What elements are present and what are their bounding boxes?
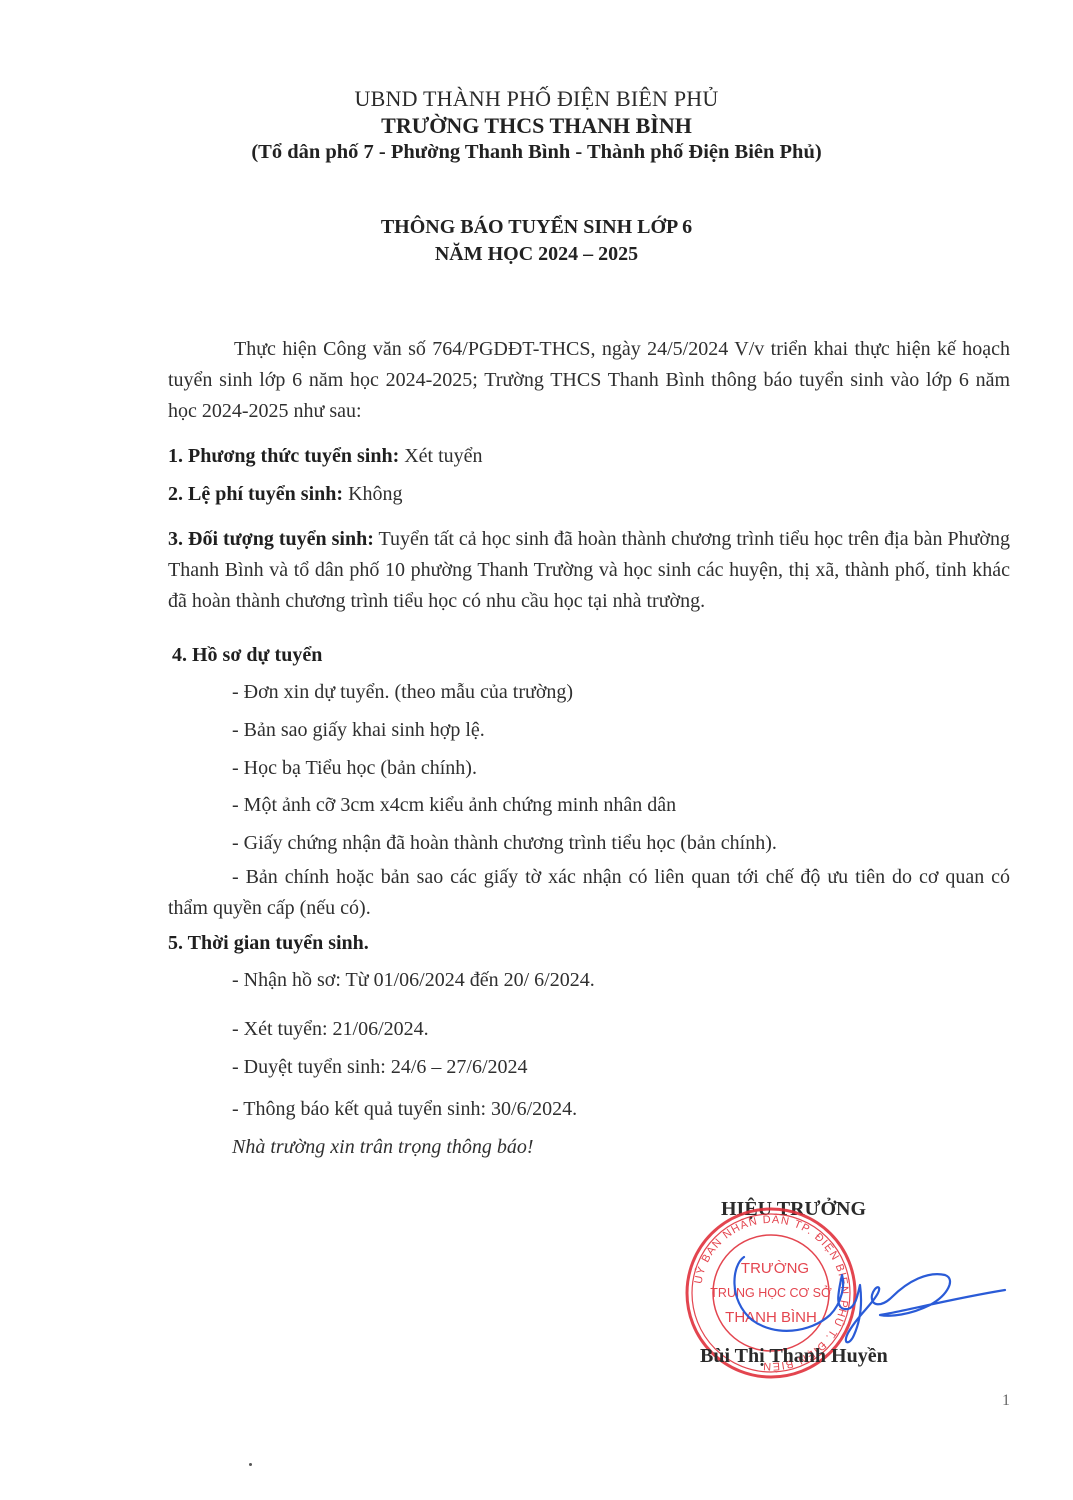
- school-address: (Tổ dân phố 7 - Phường Thanh Bình - Thàn…: [0, 141, 1073, 164]
- issuing-agency: UBND THÀNH PHỐ ĐIỆN BIÊN PHỦ: [0, 86, 1073, 112]
- list-item: - Nhận hồ sơ: Từ 01/06/2024 đến 20/ 6/20…: [232, 965, 595, 996]
- school-name: TRƯỜNG THCS THANH BÌNH: [0, 113, 1073, 139]
- list-item: - Bản chính hoặc bản sao các giấy tờ xác…: [168, 862, 1010, 924]
- page-number: 1: [1002, 1392, 1010, 1410]
- section-application-documents: 4. Hồ sơ dự tuyển: [172, 640, 1014, 671]
- list-item: - Giấy chứng nhận đã hoàn thành chương t…: [232, 828, 777, 859]
- list-item: - Đơn xin dự tuyển. (theo mẫu của trường…: [232, 677, 573, 708]
- intro-paragraph: Thực hiện Công văn số 764/PGDĐT-THCS, ng…: [168, 334, 1010, 427]
- scan-speck: [249, 1463, 252, 1466]
- section-label: 1. Phương thức tuyển sinh:: [168, 445, 399, 467]
- section-text: Không: [343, 483, 402, 505]
- section-text: Xét tuyển: [399, 445, 482, 467]
- document-title: THÔNG BÁO TUYỂN SINH LỚP 6: [0, 216, 1073, 239]
- section-eligibility: 3. Đối tượng tuyển sinh: Tuyển tất cả họ…: [168, 524, 1010, 617]
- section-label: 3. Đối tượng tuyển sinh:: [168, 528, 374, 550]
- section-label: 2. Lệ phí tuyển sinh:: [168, 483, 343, 505]
- list-item: - Thông báo kết quả tuyển sinh: 30/6/202…: [232, 1094, 577, 1125]
- list-item: - Bản sao giấy khai sinh hợp lệ.: [232, 715, 485, 746]
- closing-remark: Nhà trường xin trân trọng thông báo!: [232, 1136, 534, 1159]
- document-subtitle: NĂM HỌC 2024 – 2025: [0, 243, 1073, 266]
- list-item: - Xét tuyển: 21/06/2024.: [232, 1014, 429, 1045]
- document-page: UBND THÀNH PHỐ ĐIỆN BIÊN PHỦ TRƯỜNG THCS…: [0, 0, 1073, 1500]
- list-item: - Học bạ Tiểu học (bản chính).: [232, 753, 477, 784]
- section-label: 5. Thời gian tuyển sinh.: [168, 932, 369, 954]
- section-admission-fee: 2. Lệ phí tuyển sinh: Không: [168, 479, 1010, 510]
- signature-icon: [730, 1245, 1010, 1355]
- signatory-name: Bùi Thị Thanh Huyền: [700, 1345, 888, 1368]
- list-item: - Một ảnh cỡ 3cm x4cm kiểu ảnh chứng min…: [232, 790, 676, 821]
- list-item: - Duyệt tuyển sinh: 24/6 – 27/6/2024: [232, 1052, 528, 1083]
- section-admission-method: 1. Phương thức tuyển sinh: Xét tuyển: [168, 441, 1010, 472]
- section-timeline: 5. Thời gian tuyển sinh.: [168, 928, 1010, 959]
- section-label: 4. Hồ sơ dự tuyển: [172, 644, 322, 666]
